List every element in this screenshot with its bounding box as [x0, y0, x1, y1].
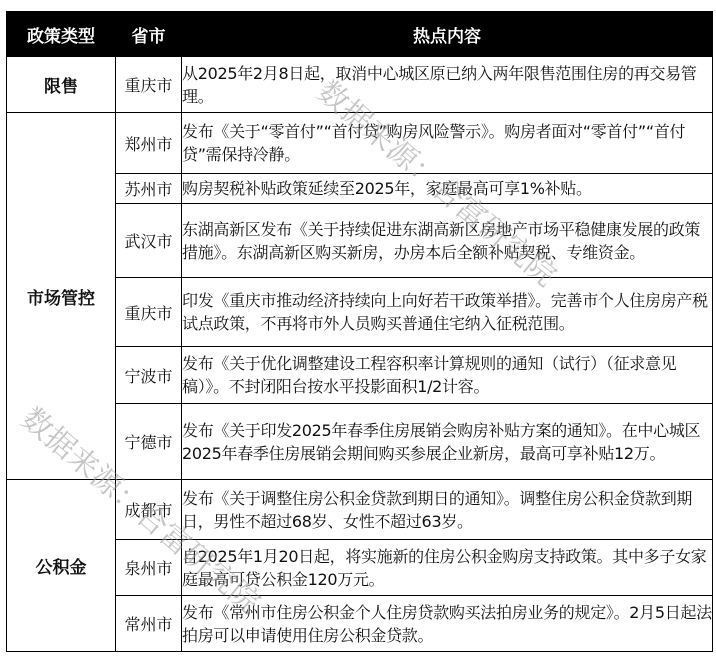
- policy-type-cell: 市场管控: [7, 113, 116, 480]
- content-cell: 从2025年2月8日起，取消中心城区原已纳入两年限售范围住房的再交易管理。: [182, 57, 713, 113]
- content-cell: 印发《重庆市推动经济持续向上向好若干政策举措》。完善市个人住房房产税试点政策，不…: [182, 278, 713, 347]
- content-cell: 发布《关于调整住房公积金贷款到期日的通知》。调整住房公积金贷款到期日，男性不超过…: [182, 480, 713, 540]
- city-cell: 重庆市: [116, 278, 182, 347]
- header-content: 热点内容: [182, 12, 713, 57]
- city-cell: 武汉市: [116, 204, 182, 278]
- policy-type-cell: 限售: [7, 57, 116, 113]
- city-cell: 苏州市: [116, 174, 182, 204]
- content-cell: 发布《常州市住房公积金个人住房贷款购买法拍房业务的规定》。2月5日起法拍房可以申…: [182, 596, 713, 652]
- policy-hotspot-table: 政策类型 省市 热点内容 限售 重庆市 从2025年2月8日起，取消中心城区原已…: [6, 11, 713, 652]
- table-row: 公积金 成都市 发布《关于调整住房公积金贷款到期日的通知》。调整住房公积金贷款到…: [7, 480, 713, 540]
- city-cell: 泉州市: [116, 540, 182, 596]
- city-cell: 宁德市: [116, 404, 182, 480]
- content-cell: 发布《关于优化调整建设工程容积率计算规则的通知（试行）（征求意见稿）》。不封闭阳…: [182, 347, 713, 404]
- city-cell: 成都市: [116, 480, 182, 540]
- table-row: 限售 重庆市 从2025年2月8日起，取消中心城区原已纳入两年限售范围住房的再交…: [7, 57, 713, 113]
- content-cell: 东湖高新区发布《关于持续促进东湖高新区房地产市场平稳健康发展的政策措施》。东湖高…: [182, 204, 713, 278]
- city-cell: 郑州市: [116, 113, 182, 174]
- table-row: 市场管控 郑州市 发布《关于“零首付”“首付贷”购房风险警示》。购房者面对“零首…: [7, 113, 713, 174]
- city-cell: 宁波市: [116, 347, 182, 404]
- content-cell: 自2025年1月20日起，将实施新的住房公积金购房支持政策。其中多子女家庭最高可…: [182, 540, 713, 596]
- content-cell: 购房契税补贴政策延续至2025年，家庭最高可享1%补贴。: [182, 174, 713, 204]
- policy-type-cell: 公积金: [7, 480, 116, 652]
- header-city: 省市: [116, 12, 182, 57]
- content-cell: 发布《关于“零首付”“首付贷”购房风险警示》。购房者面对“零首付”“首付贷”需保…: [182, 113, 713, 174]
- header-policy-type: 政策类型: [7, 12, 116, 57]
- city-cell: 重庆市: [116, 57, 182, 113]
- city-cell: 常州市: [116, 596, 182, 652]
- table-header-row: 政策类型 省市 热点内容: [7, 12, 713, 57]
- content-cell: 发布《关于印发2025年春季住房展销会购房补贴方案的通知》。在中心城区2025年…: [182, 404, 713, 480]
